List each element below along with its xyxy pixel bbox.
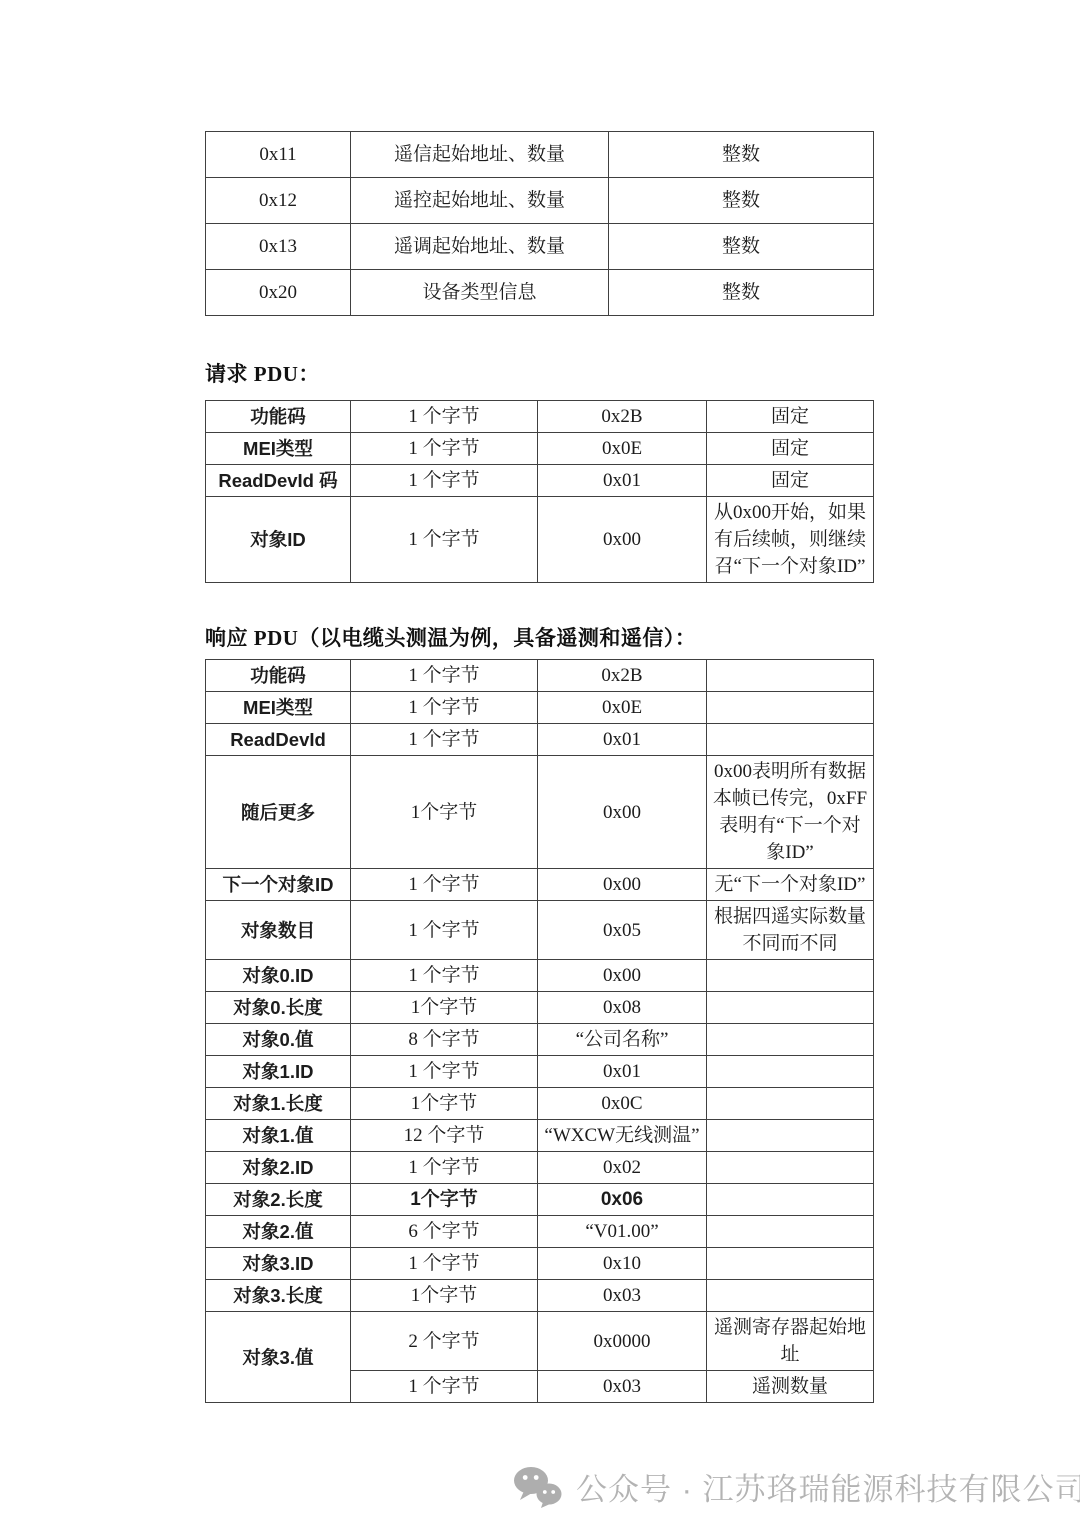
table-row: 随后更多1个字节0x000x00表明所有数据本帧已传完，0xFF表明有“下一个对… [206,756,874,869]
cell-value: 0x08 [538,992,707,1024]
cell-value: 0x0E [538,692,707,724]
cell-note [707,1024,874,1056]
table-row: 0x11遥信起始地址、数量整数 [206,132,874,178]
cell-note: 从0x00开始，如果有后续帧，则继续召“下一个对象ID” [707,497,874,583]
request-pdu-heading: 请求 PDU： [205,358,885,388]
cell-value: 0x01 [538,465,707,497]
cell-note [707,724,874,756]
cell-value: 0x00 [538,756,707,869]
cell-id: 0x20 [206,270,351,316]
cell-content: 遥调起始地址、数量 [351,224,609,270]
cell-note [707,1216,874,1248]
table-row: 功能码1 个字节0x2B固定 [206,401,874,433]
table-row: 对象1.值12 个字节“WXCW无线测温” [206,1120,874,1152]
table-row: 对象ID1 个字节0x00从0x00开始，如果有后续帧，则继续召“下一个对象ID… [206,497,874,583]
cell-note: 0x00表明所有数据本帧已传完，0xFF表明有“下一个对象ID” [707,756,874,869]
request-pdu-table: 功能码1 个字节0x2B固定MEI类型1 个字节0x0E固定ReadDevId … [205,400,874,583]
cell-format: 整数 [609,270,874,316]
cell-content: 设备类型信息 [351,270,609,316]
cell-value: 0x01 [538,1056,707,1088]
cell-note [707,1056,874,1088]
cell-format: 整数 [609,224,874,270]
cell-field: 对象1.ID [206,1056,351,1088]
table-row: 对象3.值2 个字节0x0000遥测寄存器起始地址 [206,1312,874,1371]
cell-size: 1 个字节 [351,465,538,497]
cell-id: 0x11 [206,132,351,178]
cell-note: 固定 [707,433,874,465]
cell-note: 无“下一个对象ID” [707,869,874,901]
cell-field: 对象0.值 [206,1024,351,1056]
table-row: 对象2.ID1 个字节0x02 [206,1152,874,1184]
cell-note: 固定 [707,465,874,497]
watermark-text: 公众号 · 江苏珞瑞能源科技有限公司 [576,1464,1080,1509]
wechat-icon [512,1466,564,1508]
cell-value: 0x2B [538,660,707,692]
table-row: 对象3.长度1个字节0x03 [206,1280,874,1312]
cell-size: 1个字节 [351,1280,538,1312]
cell-field: 下一个对象ID [206,869,351,901]
cell-note [707,1152,874,1184]
cell-size: 12 个字节 [351,1120,538,1152]
cell-format: 整数 [609,132,874,178]
cell-value: 0x02 [538,1152,707,1184]
cell-size: 1个字节 [351,1088,538,1120]
watermark-footer: 公众号 · 江苏珞瑞能源科技有限公司 [512,1464,1080,1509]
cell-field: 对象3.ID [206,1248,351,1280]
table-row: ReadDevId1 个字节0x01 [206,724,874,756]
cell-value: 0x03 [538,1280,707,1312]
cell-size: 1 个字节 [351,692,538,724]
table-row: MEI类型1 个字节0x0E固定 [206,433,874,465]
cell-note [707,1088,874,1120]
cell-field: 对象2.ID [206,1152,351,1184]
document-page: { "device_id_table": { "rows": [ { "id":… [0,0,1080,1527]
cell-value: 0x0E [538,433,707,465]
table-row: 对象1.长度1个字节0x0C [206,1088,874,1120]
cell-note [707,1280,874,1312]
cell-size: 8 个字节 [351,1024,538,1056]
cell-field: 对象数目 [206,901,351,960]
cell-note: 遥测数量 [707,1371,874,1403]
cell-size: 1 个字节 [351,1056,538,1088]
cell-content: 遥控起始地址、数量 [351,178,609,224]
cell-value: “WXCW无线测温” [538,1120,707,1152]
cell-value: 0x03 [538,1371,707,1403]
cell-value: 0x00 [538,869,707,901]
cell-field: 功能码 [206,660,351,692]
object-id-table: 0x11遥信起始地址、数量整数0x12遥控起始地址、数量整数0x13遥调起始地址… [205,131,874,316]
cell-field: 对象3.长度 [206,1280,351,1312]
cell-field: 对象0.ID [206,960,351,992]
response-pdu-table: 功能码1 个字节0x2BMEI类型1 个字节0x0EReadDevId1 个字节… [205,659,874,1403]
cell-note [707,960,874,992]
cell-note: 固定 [707,401,874,433]
table-row: 0x20设备类型信息整数 [206,270,874,316]
document-content: 0x11遥信起始地址、数量整数0x12遥控起始地址、数量整数0x13遥调起始地址… [205,131,885,1403]
table-row: 功能码1 个字节0x2B [206,660,874,692]
cell-value: 0x0C [538,1088,707,1120]
cell-value: 0x2B [538,401,707,433]
cell-id: 0x12 [206,178,351,224]
cell-value: 0x05 [538,901,707,960]
cell-format: 整数 [609,178,874,224]
cell-size: 1 个字节 [351,1248,538,1280]
cell-size: 1 个字节 [351,869,538,901]
cell-note [707,1120,874,1152]
cell-value: 0x01 [538,724,707,756]
cell-content: 遥信起始地址、数量 [351,132,609,178]
table-row: 对象2.值6 个字节“V01.00” [206,1216,874,1248]
cell-size: 1个字节 [351,756,538,869]
cell-field: 对象2.值 [206,1216,351,1248]
cell-note [707,1184,874,1216]
cell-note: 根据四遥实际数量不同而不同 [707,901,874,960]
cell-size: 2 个字节 [351,1312,538,1371]
cell-size: 1 个字节 [351,960,538,992]
cell-size: 1个字节 [351,1184,538,1216]
table-row: 对象3.ID1 个字节0x10 [206,1248,874,1280]
cell-value: 0x0000 [538,1312,707,1371]
cell-field: 对象1.值 [206,1120,351,1152]
table-row: 对象2.长度1个字节0x06 [206,1184,874,1216]
cell-size: 1 个字节 [351,1152,538,1184]
cell-value: 0x00 [538,497,707,583]
cell-field: ReadDevId [206,724,351,756]
cell-field: ReadDevId 码 [206,465,351,497]
cell-id: 0x13 [206,224,351,270]
cell-value: 0x00 [538,960,707,992]
table-row: 0x12遥控起始地址、数量整数 [206,178,874,224]
cell-size: 1个字节 [351,992,538,1024]
cell-size: 1 个字节 [351,1371,538,1403]
cell-field: 对象0.长度 [206,992,351,1024]
cell-size: 1 个字节 [351,660,538,692]
table-row: 对象0.值8 个字节“公司名称” [206,1024,874,1056]
cell-note: 遥测寄存器起始地址 [707,1312,874,1371]
table-row: 对象数目1 个字节0x05根据四遥实际数量不同而不同 [206,901,874,960]
cell-value: “公司名称” [538,1024,707,1056]
cell-value: “V01.00” [538,1216,707,1248]
cell-size: 1 个字节 [351,901,538,960]
cell-field: MEI类型 [206,692,351,724]
cell-field: 对象3.值 [206,1312,351,1403]
cell-size: 1 个字节 [351,433,538,465]
cell-note [707,660,874,692]
response-pdu-heading: 响应 PDU（以电缆头测温为例，具备遥测和遥信）： [205,622,885,652]
cell-field: 对象ID [206,497,351,583]
table-row: ReadDevId 码1 个字节0x01固定 [206,465,874,497]
cell-field: 对象2.长度 [206,1184,351,1216]
cell-size: 1 个字节 [351,724,538,756]
table-row: 0x13遥调起始地址、数量整数 [206,224,874,270]
cell-field: 随后更多 [206,756,351,869]
cell-value: 0x10 [538,1248,707,1280]
cell-field: 功能码 [206,401,351,433]
cell-size: 6 个字节 [351,1216,538,1248]
table-row: 对象0.长度1个字节0x08 [206,992,874,1024]
cell-size: 1 个字节 [351,401,538,433]
cell-value: 0x06 [538,1184,707,1216]
table-row: 下一个对象ID1 个字节0x00无“下一个对象ID” [206,869,874,901]
table-row: 对象0.ID1 个字节0x00 [206,960,874,992]
cell-note [707,692,874,724]
cell-field: 对象1.长度 [206,1088,351,1120]
cell-note [707,1248,874,1280]
cell-size: 1 个字节 [351,497,538,583]
table-row: MEI类型1 个字节0x0E [206,692,874,724]
cell-note [707,992,874,1024]
cell-field: MEI类型 [206,433,351,465]
table-row: 对象1.ID1 个字节0x01 [206,1056,874,1088]
